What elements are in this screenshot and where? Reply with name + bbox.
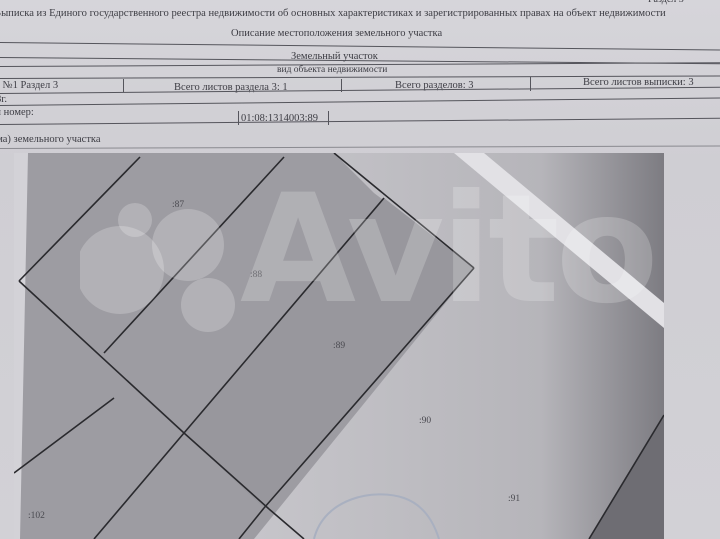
plan-caption: План (чертеж, схема) земельного участка	[0, 134, 101, 146]
object-type-value: Земельный участок	[291, 51, 378, 63]
divider-line	[0, 42, 720, 51]
document-subtitle: Описание местоположения земельного участ…	[231, 28, 442, 40]
document-page: Раздел 3 Выписка из Единого государствен…	[0, 0, 720, 539]
divider-line	[0, 97, 720, 106]
parcel-label: :91	[508, 494, 520, 504]
divider-line	[0, 118, 720, 126]
parcel-label-highlighted: :89	[333, 341, 345, 351]
section-corner-label: Раздел 3	[648, 0, 684, 6]
cadastral-number-value: 01:08:1314003:89	[241, 113, 318, 125]
parcel-map: :87 :88 :89 :90 :91 :102	[14, 153, 664, 539]
cell-divider	[123, 79, 124, 92]
document-title: Выписка из Единого государственного реес…	[0, 8, 666, 20]
parcel-label: :87	[172, 200, 184, 210]
object-type-caption: вид объекта недвижимости	[277, 64, 387, 76]
parcel-label: :102	[28, 511, 45, 521]
sheet-section-label: Лист №1 Раздел 3	[0, 80, 58, 92]
parcel-label: :90	[419, 416, 431, 426]
parcel-label: :88	[250, 270, 262, 280]
divider-line	[0, 87, 720, 95]
cell-divider	[328, 111, 329, 125]
cadastral-number-label: Кадастровый номер:	[0, 107, 34, 119]
divider-line	[0, 145, 720, 149]
